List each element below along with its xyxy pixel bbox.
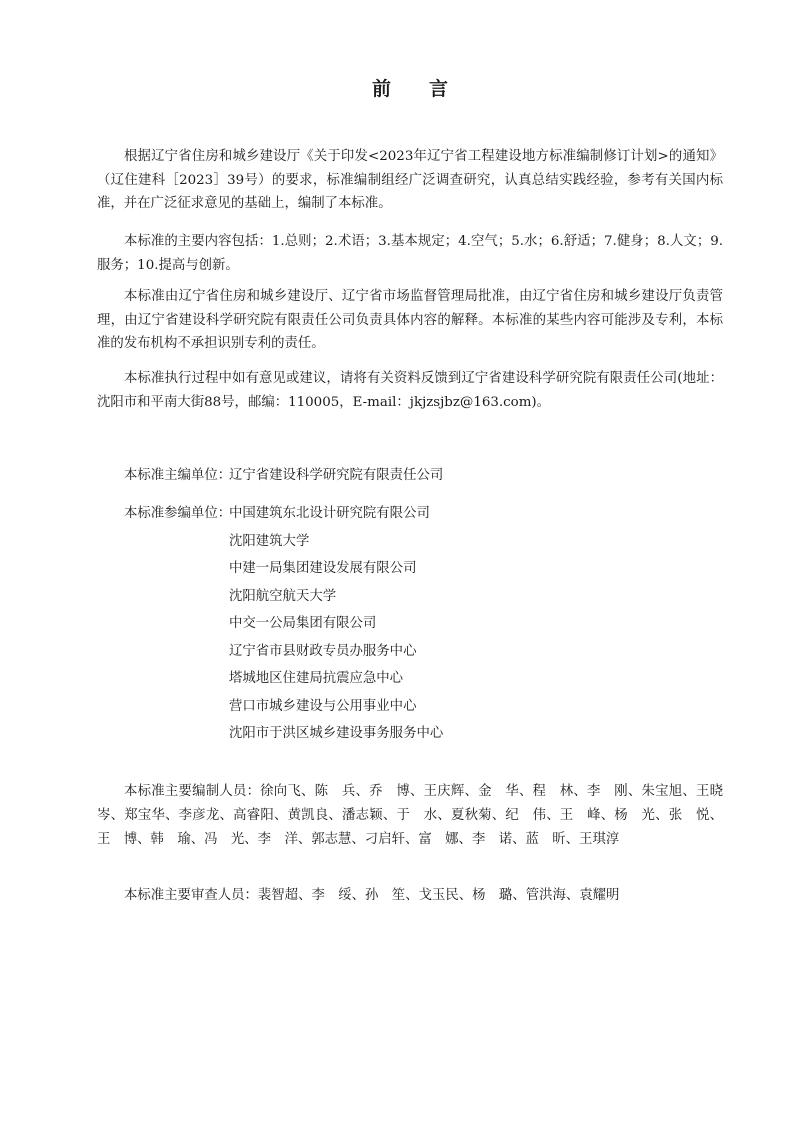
paragraph-feedback: 本标准执行过程中如有意见或建议，请将有关资料反馈到辽宁省建设科学研究院有限责任公… (97, 367, 723, 414)
co-editor-unit: 沈阳市于洪区城乡建设事务服务中心 (229, 722, 443, 741)
co-editor-unit: 中建一局集团建设发展有限公司 (229, 557, 416, 576)
page-title: 前言 (97, 74, 723, 101)
co-editor-unit: 塔城地区住建局抗震应急中心 (229, 667, 403, 686)
paragraph-contents: 本标准的主要内容包括：1.总则；2.术语；3.基本规定；4.空气；5.水；6.舒… (97, 230, 723, 277)
co-editor-unit: 沈阳航空航天大学 (229, 585, 336, 604)
paragraph-basis: 根据辽宁省住房和城乡建设厅《关于印发<2023年辽宁省工程建设地方标准编制修订计… (97, 145, 723, 216)
co-editors-section: 本标准参编单位：中国建筑东北设计研究院有限公司 沈阳建筑大学 中建一局集团建设发… (124, 498, 443, 746)
main-reviewers: 本标准主要审查人员：裴智超、李 绥、孙 笙、戈玉民、杨 璐、管洪海、袁耀明 (97, 884, 723, 908)
chief-editor-unit: 辽宁省建设科学研究院有限责任公司 (229, 464, 443, 483)
co-editor-unit: 营口市城乡建设与公用事业中心 (229, 695, 416, 714)
co-editor-unit: 中国建筑东北设计研究院有限公司 (229, 502, 430, 521)
chief-editor-section: 本标准主编单位： 辽宁省建设科学研究院有限责任公司 (124, 460, 443, 488)
co-editor-unit: 沈阳建筑大学 (229, 530, 309, 549)
co-editor-unit: 中交一公局集团有限公司 (229, 612, 376, 631)
title-char-1: 前 (372, 74, 391, 101)
title-char-2: 言 (429, 74, 448, 101)
chief-editor-label: 本标准主编单位： (124, 464, 229, 483)
co-editors-label: 本标准参编单位： (124, 502, 229, 521)
paragraph-approval: 本标准由辽宁省住房和城乡建设厅、辽宁省市场监督管理局批准，由辽宁省住房和城乡建设… (97, 285, 723, 356)
main-authors: 本标准主要编制人员：徐向飞、陈 兵、乔 博、王庆辉、金 华、程 林、李 刚、朱宝… (97, 780, 723, 852)
co-editor-unit: 辽宁省市县财政专员办服务中心 (229, 640, 416, 659)
